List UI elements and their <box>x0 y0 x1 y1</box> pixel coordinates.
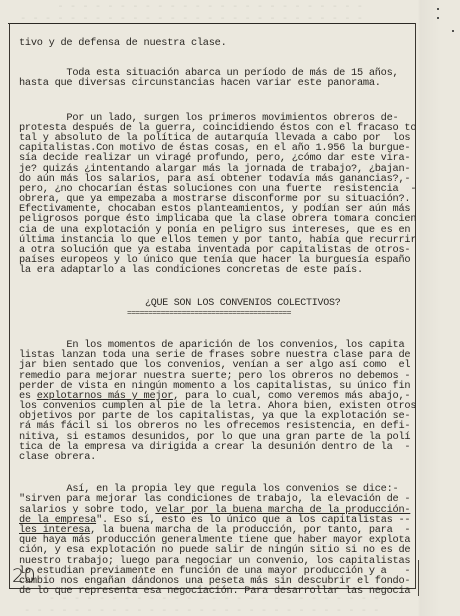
show-through-text: - - - - - - - - - - - - - - - - - - - - … <box>24 594 379 616</box>
scanned-page: - - - - - - - - - - - - - - - - - - - - … <box>0 0 460 616</box>
scan-speck <box>437 8 439 10</box>
text-line: jar bien sentado que los convenios, vení… <box>19 360 411 370</box>
paragraph-gap <box>19 89 411 113</box>
text-line: hasta que diversas circunstancias hacen … <box>19 78 411 88</box>
scan-speck <box>452 30 454 32</box>
text-line: la era adaptarlo a las condiciones concr… <box>19 265 411 275</box>
frame-right-shadow-line <box>418 560 419 596</box>
frame-top-border <box>8 23 416 24</box>
scan-speck <box>437 17 439 19</box>
paragraph-gap <box>19 48 411 68</box>
text-line: clase obrera. <box>19 452 411 462</box>
frame-right-border <box>415 23 416 589</box>
show-through-text: - - - - - - - - - - - - - - - - - - - - … <box>20 2 363 25</box>
document-body: tivo y de defensa de nuestra clase. Toda… <box>19 38 411 596</box>
text-line: tivo y de defensa de nuestra clase. <box>19 38 411 48</box>
text-line: ción, y esa explotación no puede salir d… <box>19 545 411 555</box>
paragraph-gap <box>19 462 411 484</box>
text-line: sía decide realizar un viragé profundo, … <box>19 153 411 163</box>
section-heading: ¿QUE SON LOS CONVENIOS COLECTIVOS? <box>19 299 411 309</box>
paragraph-gap <box>19 319 411 340</box>
page-number: 20 <box>12 565 35 587</box>
heading-double-rule: ======================================= <box>19 309 411 319</box>
frame-left-border <box>9 23 10 589</box>
text-line: de lo que representa esa negociación. Pa… <box>19 586 411 596</box>
paragraph-gap <box>19 276 411 299</box>
